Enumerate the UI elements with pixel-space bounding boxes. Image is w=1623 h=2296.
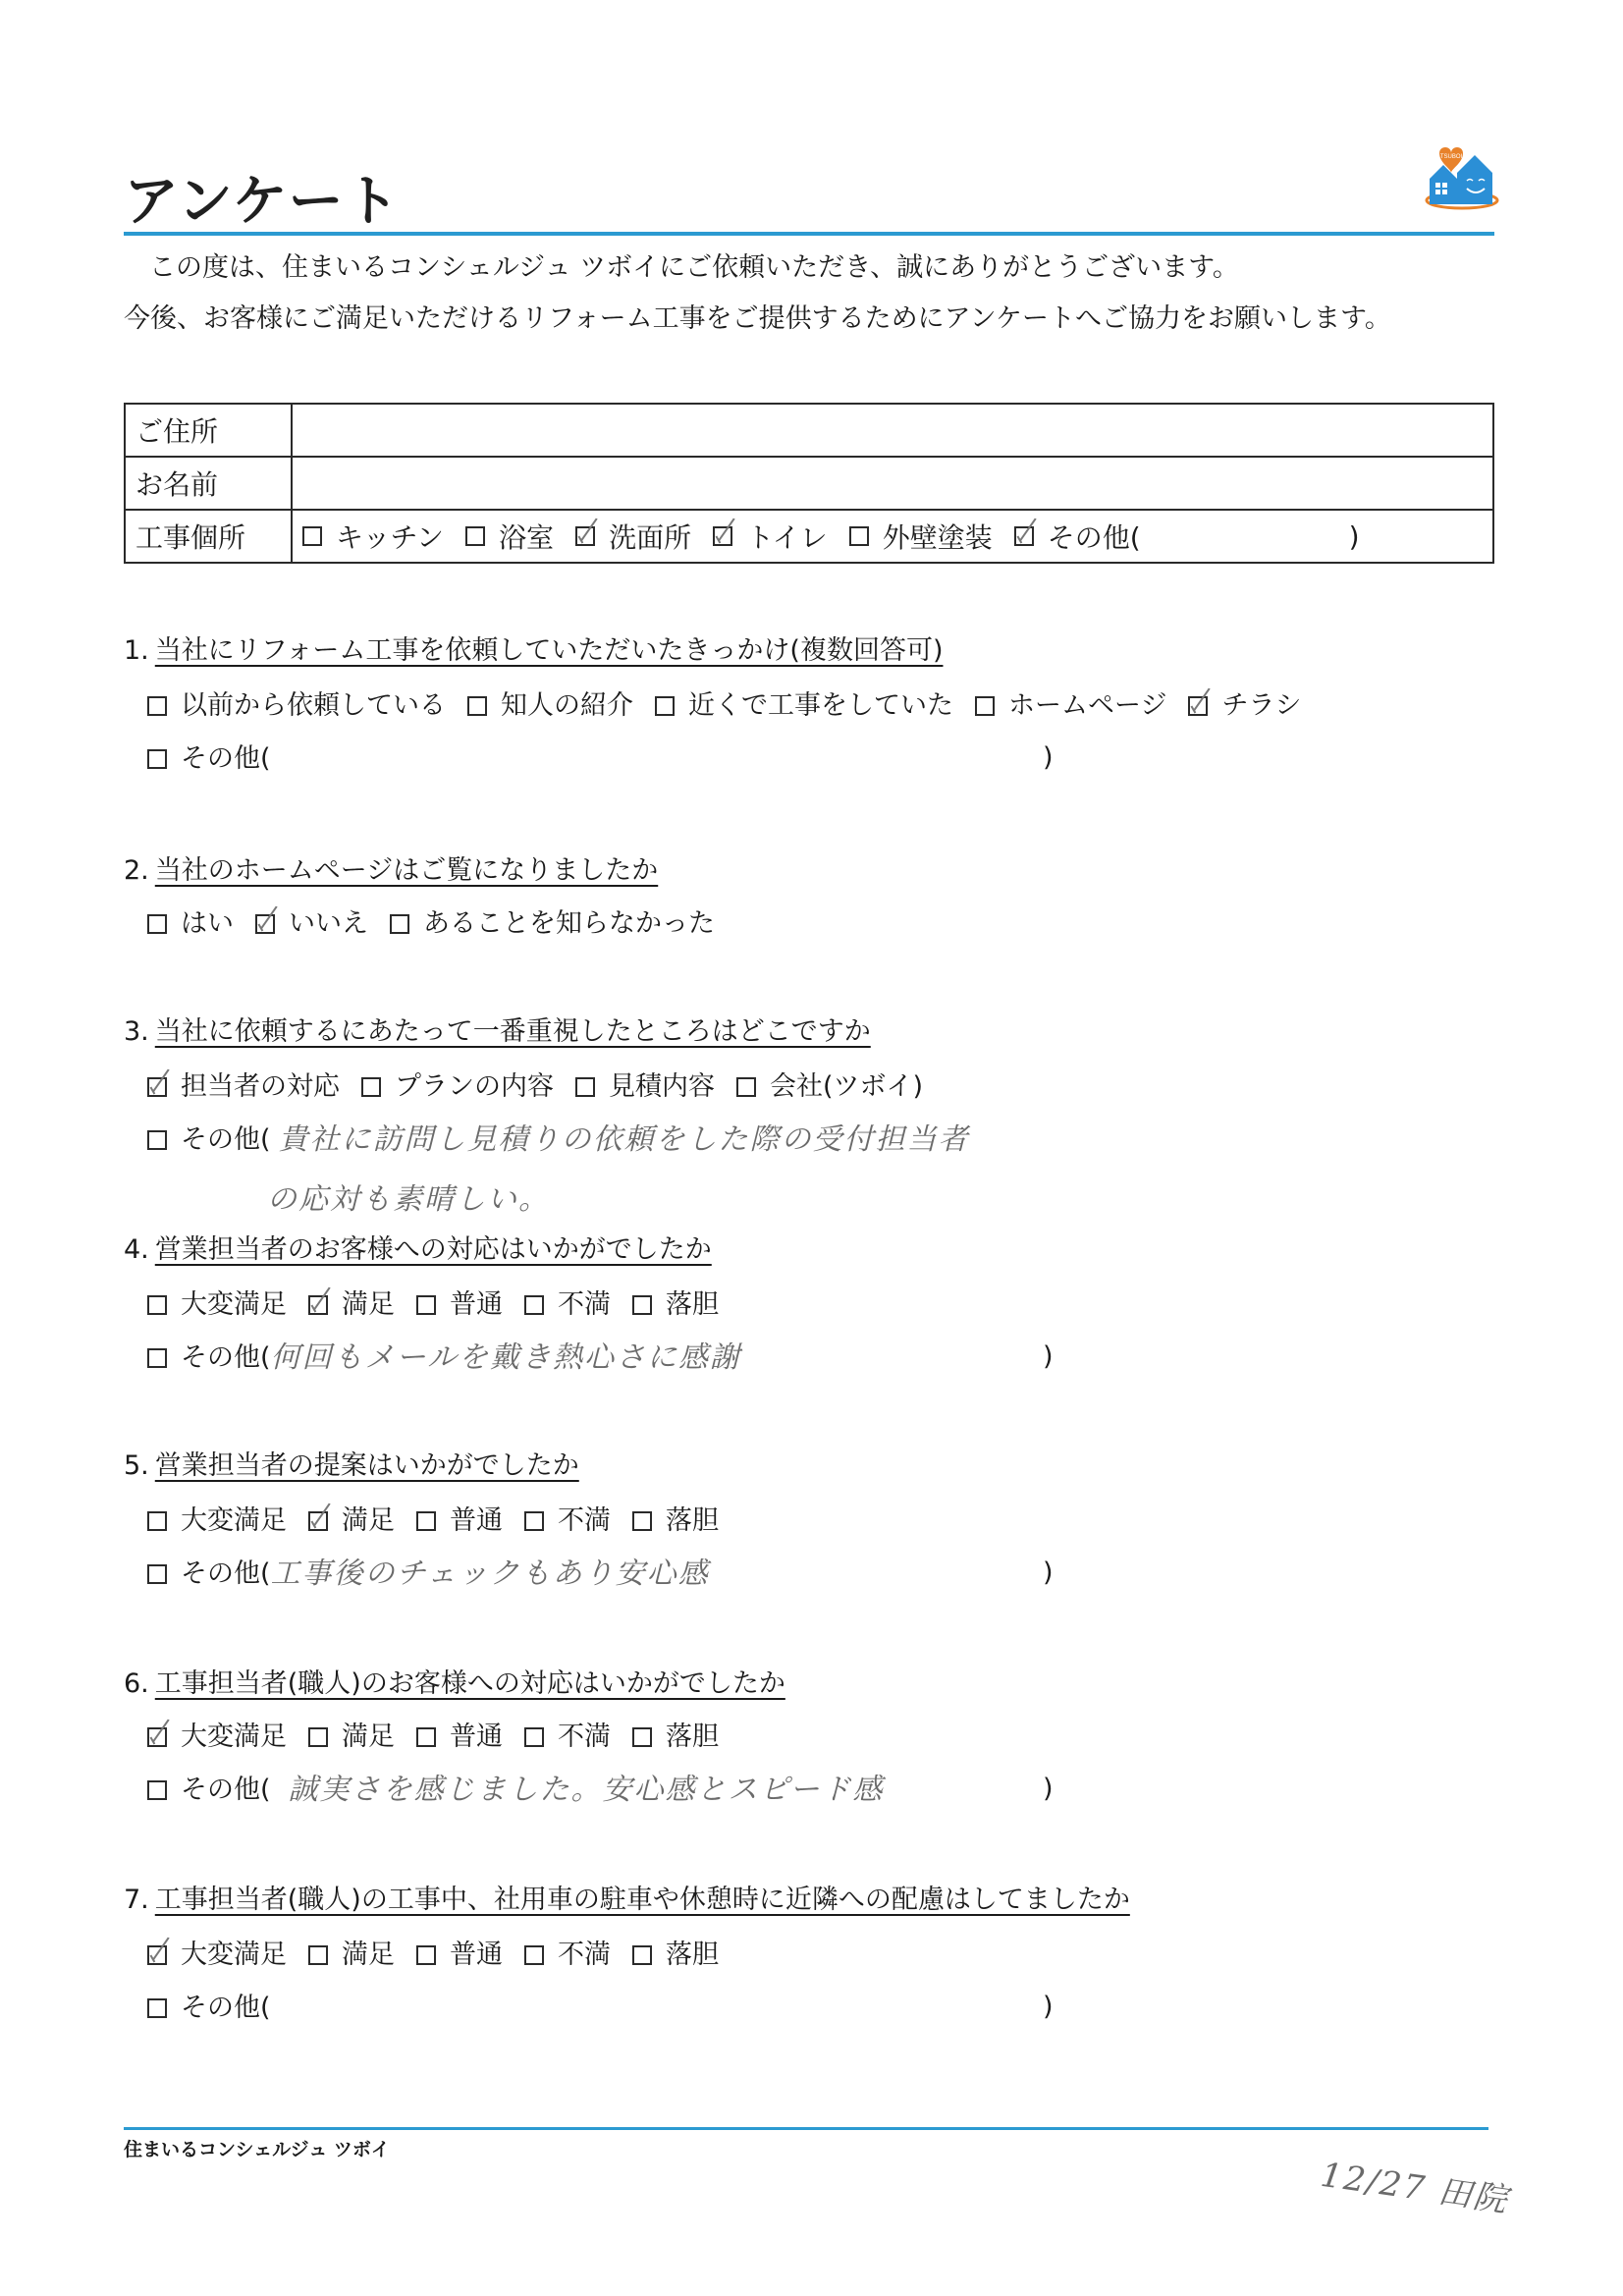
- question-1-options: 以前から依頼している 知人の紹介 近くで工事をしていた ホームページ チラシ: [147, 689, 1323, 723]
- checkbox-checked[interactable]: [147, 1727, 167, 1747]
- checkbox[interactable]: [147, 1780, 167, 1800]
- checkbox[interactable]: [467, 696, 487, 716]
- checkbox[interactable]: [416, 1511, 436, 1531]
- title-divider: [124, 232, 1494, 236]
- checkbox[interactable]: [849, 526, 869, 546]
- option[interactable]: 落胆: [632, 1721, 719, 1754]
- page-title: アンケート: [124, 173, 401, 232]
- checkbox[interactable]: [632, 1511, 652, 1531]
- question-6-other: その他( 誠実さを感じました。安心感とスピード感: [147, 1774, 884, 1807]
- question-3: 3.当社に依頼するにあたって一番重視したところはどこですか: [124, 1015, 871, 1049]
- checkbox-checked[interactable]: [575, 526, 595, 546]
- other-close-paren: ): [1043, 1992, 1054, 2022]
- option[interactable]: 満足: [308, 1939, 395, 1972]
- question-3-options: 担当者の対応 プランの内容 見積内容 会社(ツボイ): [147, 1070, 945, 1104]
- checkbox[interactable]: [147, 1998, 167, 2018]
- checkbox-checked[interactable]: [147, 1945, 167, 1965]
- option[interactable]: プランの内容: [361, 1070, 554, 1104]
- option[interactable]: 近くで工事をしていた: [655, 689, 953, 723]
- option[interactable]: 大変満足: [147, 1288, 287, 1322]
- address-label: ご住所: [125, 404, 292, 457]
- option[interactable]: はい: [147, 907, 234, 941]
- location-exterior-paint[interactable]: 外壁塗装: [849, 517, 993, 556]
- option[interactable]: 落胆: [632, 1504, 719, 1538]
- checkbox-checked[interactable]: [713, 526, 732, 546]
- name-field[interactable]: [292, 457, 1493, 510]
- checkbox[interactable]: [975, 696, 995, 716]
- other-close-paren: ): [1043, 1341, 1054, 1372]
- other-close-paren: ): [1349, 520, 1360, 553]
- checkbox[interactable]: [416, 1945, 436, 1965]
- checkbox[interactable]: [524, 1511, 544, 1531]
- checkbox[interactable]: [147, 1511, 167, 1531]
- option[interactable]: 大変満足: [147, 1939, 287, 1972]
- checkbox[interactable]: [632, 1727, 652, 1747]
- location-washroom[interactable]: 洗面所: [575, 517, 691, 556]
- checkbox[interactable]: [465, 526, 485, 546]
- address-field[interactable]: [292, 404, 1493, 457]
- option[interactable]: 不満: [524, 1288, 611, 1322]
- other-answer[interactable]: 工事後のチェックもあり安心感: [271, 1558, 710, 1591]
- question-5-other: その他( 工事後のチェックもあり安心感: [147, 1558, 710, 1591]
- question-5-options: 大変満足 満足 普通 不満 落胆: [147, 1504, 740, 1538]
- checkbox[interactable]: [524, 1295, 544, 1315]
- checkbox[interactable]: [632, 1295, 652, 1315]
- checkbox[interactable]: [655, 696, 675, 716]
- checkbox[interactable]: [575, 1077, 595, 1097]
- option[interactable]: 不満: [524, 1504, 611, 1538]
- question-4: 4.営業担当者のお客様への対応はいかがでしたか: [124, 1233, 712, 1267]
- name-row: お名前: [125, 457, 1493, 510]
- other-answer[interactable]: 何回もメールを戴き熱心さに感謝: [271, 1341, 741, 1375]
- checkbox-checked[interactable]: [308, 1295, 328, 1315]
- checkbox[interactable]: [524, 1945, 544, 1965]
- checkbox[interactable]: [147, 696, 167, 716]
- intro-line-1: この度は、住まいるコンシェルジュ ツボイにご依頼いただき、誠にありがとうございま…: [149, 251, 1239, 285]
- option[interactable]: チラシ: [1188, 689, 1301, 723]
- checkbox[interactable]: [302, 526, 322, 546]
- option[interactable]: 不満: [524, 1721, 611, 1754]
- name-label: お名前: [125, 457, 292, 510]
- option[interactable]: あることを知らなかった: [390, 907, 715, 941]
- checkbox[interactable]: [361, 1077, 381, 1097]
- checkbox[interactable]: [147, 914, 167, 934]
- option[interactable]: 満足: [308, 1288, 395, 1322]
- option[interactable]: 満足: [308, 1721, 395, 1754]
- option[interactable]: 担当者の対応: [147, 1070, 340, 1104]
- location-other[interactable]: その他(: [1014, 517, 1141, 556]
- house-logo-icon: TSUBOI: [1418, 143, 1506, 212]
- intro-line-2: 今後、お客様にご満足いただけるリフォーム工事をご提供するためにアンケートへご協力…: [124, 302, 1391, 336]
- checkbox[interactable]: [147, 1295, 167, 1315]
- checkbox[interactable]: [308, 1727, 328, 1747]
- option[interactable]: 大変満足: [147, 1721, 287, 1754]
- checkbox[interactable]: [390, 914, 409, 934]
- checkbox[interactable]: [416, 1295, 436, 1315]
- checkbox[interactable]: [524, 1727, 544, 1747]
- option[interactable]: 知人の紹介: [467, 689, 633, 723]
- option[interactable]: 不満: [524, 1939, 611, 1972]
- option[interactable]: いいえ: [255, 907, 368, 941]
- question-7: 7.工事担当者(職人)の工事中、社用車の駐車や休憩時に近隣への配慮はしてましたか: [124, 1884, 1130, 1917]
- question-7-options: 大変満足 満足 普通 不満 落胆: [147, 1939, 740, 1972]
- footer-divider: [124, 2127, 1488, 2130]
- checkbox[interactable]: [147, 1130, 167, 1150]
- other-answer[interactable]: 誠実さを感じました。安心感とスピード感: [289, 1774, 885, 1807]
- question-5: 5.営業担当者の提案はいかがでしたか: [124, 1449, 579, 1483]
- checkbox-checked[interactable]: [308, 1511, 328, 1531]
- option[interactable]: 満足: [308, 1504, 395, 1538]
- svg-text:TSUBOI: TSUBOI: [1440, 154, 1463, 160]
- company-logo: TSUBOI: [1418, 143, 1506, 212]
- checkbox[interactable]: [416, 1727, 436, 1747]
- question-2: 2.当社のホームページはご覧になりましたか: [124, 854, 658, 888]
- checkbox-checked[interactable]: [147, 1077, 167, 1097]
- option[interactable]: 見積内容: [575, 1070, 715, 1104]
- question-4-other: その他( 何回もメールを戴き熱心さに感謝: [147, 1341, 741, 1375]
- checkbox[interactable]: [632, 1945, 652, 1965]
- location-toilet[interactable]: トイレ: [713, 517, 828, 556]
- checkbox[interactable]: [147, 1564, 167, 1584]
- location-options: キッチン 浴室 洗面所 トイレ 外壁塗装 その他( ): [292, 510, 1493, 563]
- option[interactable]: ホームページ: [975, 689, 1166, 723]
- footer-company: 住まいるコンシェルジュ ツボイ: [124, 2135, 390, 2161]
- option[interactable]: 普通: [416, 1504, 503, 1538]
- checkbox[interactable]: [736, 1077, 756, 1097]
- checkbox-checked[interactable]: [1014, 526, 1034, 546]
- location-label: 工事個所: [125, 510, 292, 563]
- option[interactable]: 以前から依頼している: [147, 689, 446, 723]
- checkbox[interactable]: [308, 1945, 328, 1965]
- question-2-options: はい いいえ あることを知らなかった: [147, 907, 736, 941]
- other-close-paren: ): [1043, 1774, 1054, 1804]
- checkbox-checked[interactable]: [255, 914, 275, 934]
- handwritten-date-note: 12/27 田院: [1319, 2148, 1513, 2221]
- other-answer-line-2[interactable]: の応対も素晴しい。: [267, 1175, 550, 1218]
- option[interactable]: 落胆: [632, 1939, 719, 1972]
- question-6: 6.工事担当者(職人)のお客様への対応はいかがでしたか: [124, 1667, 785, 1701]
- location-bath[interactable]: 浴室: [465, 517, 554, 556]
- customer-info-table: ご住所 お名前 工事個所 キッチン 浴室 洗面所 トイレ 外壁塗装 その他( ): [124, 403, 1494, 564]
- question-1-other: その他(: [147, 742, 271, 776]
- checkbox[interactable]: [147, 1348, 167, 1368]
- option[interactable]: 普通: [416, 1288, 503, 1322]
- other-answer[interactable]: 貴社に訪問し見積りの依頼をした際の受付担当者: [279, 1123, 970, 1157]
- question-3-other: その他( 貴社に訪問し見積りの依頼をした際の受付担当者: [147, 1123, 970, 1157]
- other-close-paren: ): [1043, 742, 1054, 773]
- address-row: ご住所: [125, 404, 1493, 457]
- question-7-other: その他(: [147, 1992, 271, 2025]
- checkbox-checked[interactable]: [1188, 696, 1208, 716]
- location-row: 工事個所 キッチン 浴室 洗面所 トイレ 外壁塗装 その他( ): [125, 510, 1493, 563]
- question-1: 1.当社にリフォーム工事を依頼していただいたきっかけ(複数回答可): [124, 634, 943, 668]
- checkbox[interactable]: [147, 749, 167, 769]
- other-close-paren: ): [1043, 1558, 1054, 1588]
- option[interactable]: 大変満足: [147, 1504, 287, 1538]
- option[interactable]: 普通: [416, 1721, 503, 1754]
- question-6-options: 大変満足 満足 普通 不満 落胆: [147, 1721, 740, 1754]
- location-kitchen[interactable]: キッチン: [302, 517, 444, 556]
- option[interactable]: 会社(ツボイ): [736, 1070, 923, 1104]
- option[interactable]: 落胆: [632, 1288, 719, 1322]
- question-4-options: 大変満足 満足 普通 不満 落胆: [147, 1288, 740, 1322]
- option[interactable]: 普通: [416, 1939, 503, 1972]
